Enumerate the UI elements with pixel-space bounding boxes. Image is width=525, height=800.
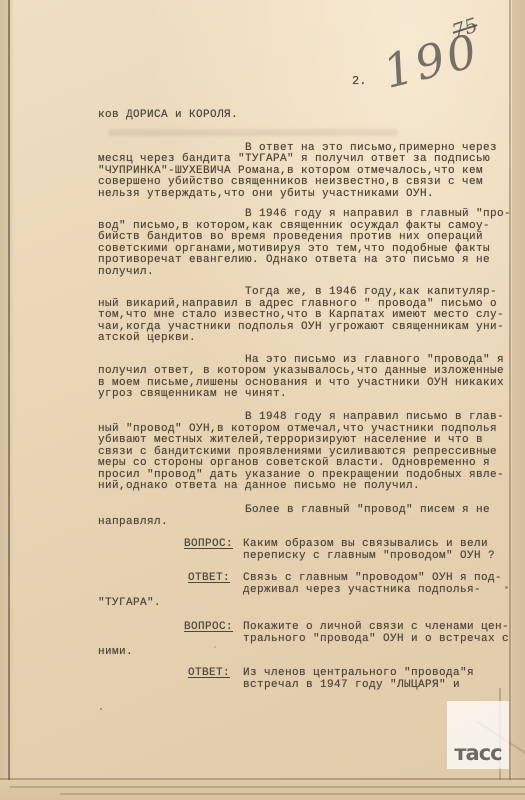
- typed-line: убивают местных жителей,терроризируют на…: [98, 435, 483, 446]
- typed-line: совершено убийство священников неизвестн…: [98, 177, 483, 188]
- typed-line: В 1948 году я направил письмо в глав-: [245, 412, 504, 423]
- typed-line: встречал в 1947 году "ЛЫЦАРЯ" и: [243, 680, 460, 691]
- typed-line: ков ДОРИСА и КОРОЛЯ.: [98, 110, 238, 121]
- typed-line: В 1946 году я направил в главный "про-: [245, 209, 511, 220]
- typed-line: месяц через бандита "ТУГАРА" я получил о…: [98, 154, 490, 165]
- typed-line: получил.: [98, 267, 154, 278]
- typed-line: угроз священникам не чинят.: [98, 389, 287, 400]
- typed-line: Тогда же, в 1946 году,как капитуляр-: [245, 287, 497, 298]
- qa-label: ВОПРОС:: [184, 622, 233, 633]
- typed-line: Из членов центрального "провода"я: [243, 668, 474, 679]
- typed-line: получил ответ, в котором указывалось,что…: [98, 366, 504, 377]
- typed-line: переписку с главным "проводом" ОУН ?: [243, 551, 495, 562]
- qa-label: ОТВЕТ:: [188, 573, 230, 584]
- paper-speck: [505, 586, 508, 589]
- typed-line: Связь с главным "проводом" ОУН я под-: [243, 573, 502, 584]
- tass-watermark: тасс: [447, 701, 509, 769]
- typed-line: держивал через участника подполья-: [243, 585, 481, 596]
- tass-watermark-text: тасс: [454, 744, 501, 762]
- typed-text-layer: ков ДОРИСА и КОРОЛЯ.В ответ на это письм…: [0, 0, 525, 800]
- typed-line: Более в главный "провод" писем я не: [245, 505, 490, 516]
- typed-line: бийств бандитов во время проведения прот…: [98, 232, 483, 243]
- typed-line: Каким образом вы связывались и вели: [243, 539, 488, 550]
- scanned-document-page: 75 190 2. ков ДОРИСА и КОРОЛЯ.В ответ на…: [0, 0, 525, 800]
- qa-label: ОТВЕТ:: [188, 668, 230, 679]
- typed-line: ними.: [98, 647, 133, 658]
- typed-line: направлял.: [98, 517, 168, 528]
- typed-line: Покажите о личной связи с членами цен-: [243, 622, 509, 633]
- typed-line: атской церкви.: [98, 333, 196, 344]
- paper-speck: [100, 708, 102, 710]
- typed-line: противоречат евангелию. Однако ответа на…: [98, 255, 490, 266]
- typed-line: трального "провода" ОУН и о встречах с: [243, 634, 509, 645]
- typed-line: "ТУГАРА".: [98, 598, 161, 609]
- paper-speck: [214, 646, 216, 648]
- typed-line: меры со стороны органов советской власти…: [98, 458, 490, 469]
- typed-line: нельзя утверждать,что они убиты участник…: [98, 189, 434, 200]
- qa-label: ВОПРОС:: [184, 539, 233, 550]
- typed-line: ний,однако ответа на данное письмо не по…: [98, 481, 420, 492]
- typed-line: том,что мне стало известно,что в Карпата…: [98, 310, 504, 321]
